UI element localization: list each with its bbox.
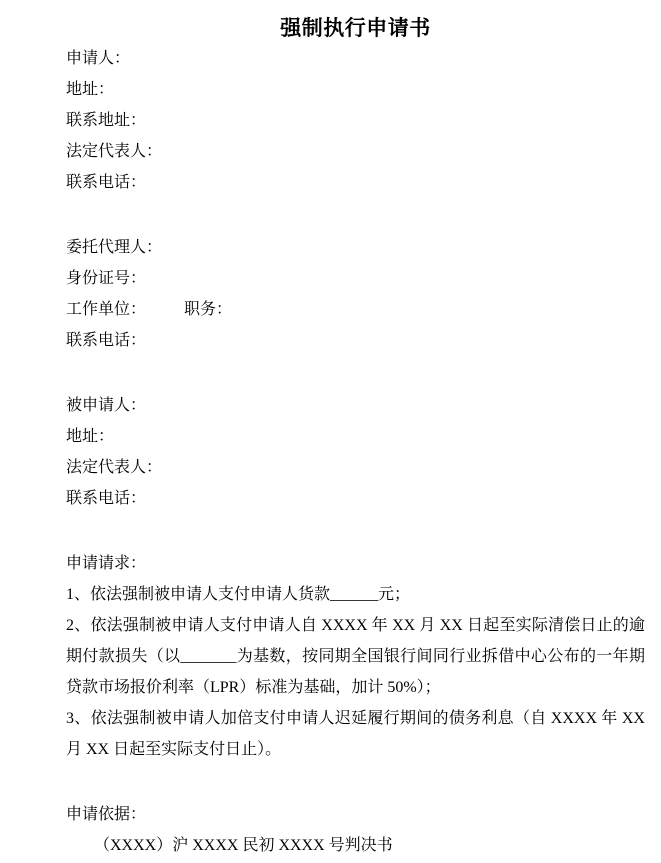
judgment-reference: （XXXX）沪 XXXX 民初 XXXX 号判决书 (66, 830, 645, 861)
address-field-label: 地址： (66, 74, 645, 105)
requests-heading: 申请请求： (66, 548, 645, 579)
position-field-label: 职务： (184, 301, 232, 318)
agent-field-label: 委托代理人： (66, 232, 645, 263)
basis-section: 申请依据： （XXXX）沪 XXXX 民初 XXXX 号判决书 (66, 799, 645, 861)
requests-section: 申请请求： 1、依法强制被申请人支付申请人货款______元； 2、依法强制被申… (66, 548, 645, 765)
request-item-1: 1、依法强制被申请人支付申请人货款______元； (66, 579, 645, 610)
work-unit-position-row: 工作单位：职务： (66, 294, 645, 325)
applicant-section: 申请人： 地址： 联系地址： 法定代表人： 联系电话： (66, 43, 645, 198)
applicant-field-label: 申请人： (66, 43, 645, 74)
respondent-section: 被申请人： 地址： 法定代表人： 联系电话： (66, 390, 645, 514)
basis-heading: 申请依据： (66, 799, 645, 830)
section-spacer (66, 356, 645, 390)
respondent-phone-field-label: 联系电话： (66, 483, 645, 514)
respondent-legal-representative-field-label: 法定代表人： (66, 452, 645, 483)
request-item-3: 3、依法强制被申请人加倍支付申请人迟延履行期间的债务利息（自 XXXX 年 XX… (66, 703, 645, 765)
section-spacer (66, 514, 645, 548)
section-spacer (66, 765, 645, 799)
request-item-2: 2、依法强制被申请人支付申请人自 XXXX 年 XX 月 XX 日起至实际清偿日… (66, 610, 645, 703)
contact-address-field-label: 联系地址： (66, 105, 645, 136)
section-spacer (66, 198, 645, 232)
agent-section: 委托代理人： 身份证号： 工作单位：职务： 联系电话： (66, 232, 645, 356)
agent-phone-field-label: 联系电话： (66, 325, 645, 356)
respondent-address-field-label: 地址： (66, 421, 645, 452)
legal-representative-field-label: 法定代表人： (66, 136, 645, 167)
document-title: 强制执行申请书 (66, 13, 645, 43)
work-unit-field-label: 工作单位： (66, 301, 146, 318)
document-page: 强制执行申请书 申请人： 地址： 联系地址： 法定代表人： 联系电话： 委托代理… (0, 0, 661, 863)
phone-field-label: 联系电话： (66, 167, 645, 198)
respondent-field-label: 被申请人： (66, 390, 645, 421)
id-number-field-label: 身份证号： (66, 263, 645, 294)
